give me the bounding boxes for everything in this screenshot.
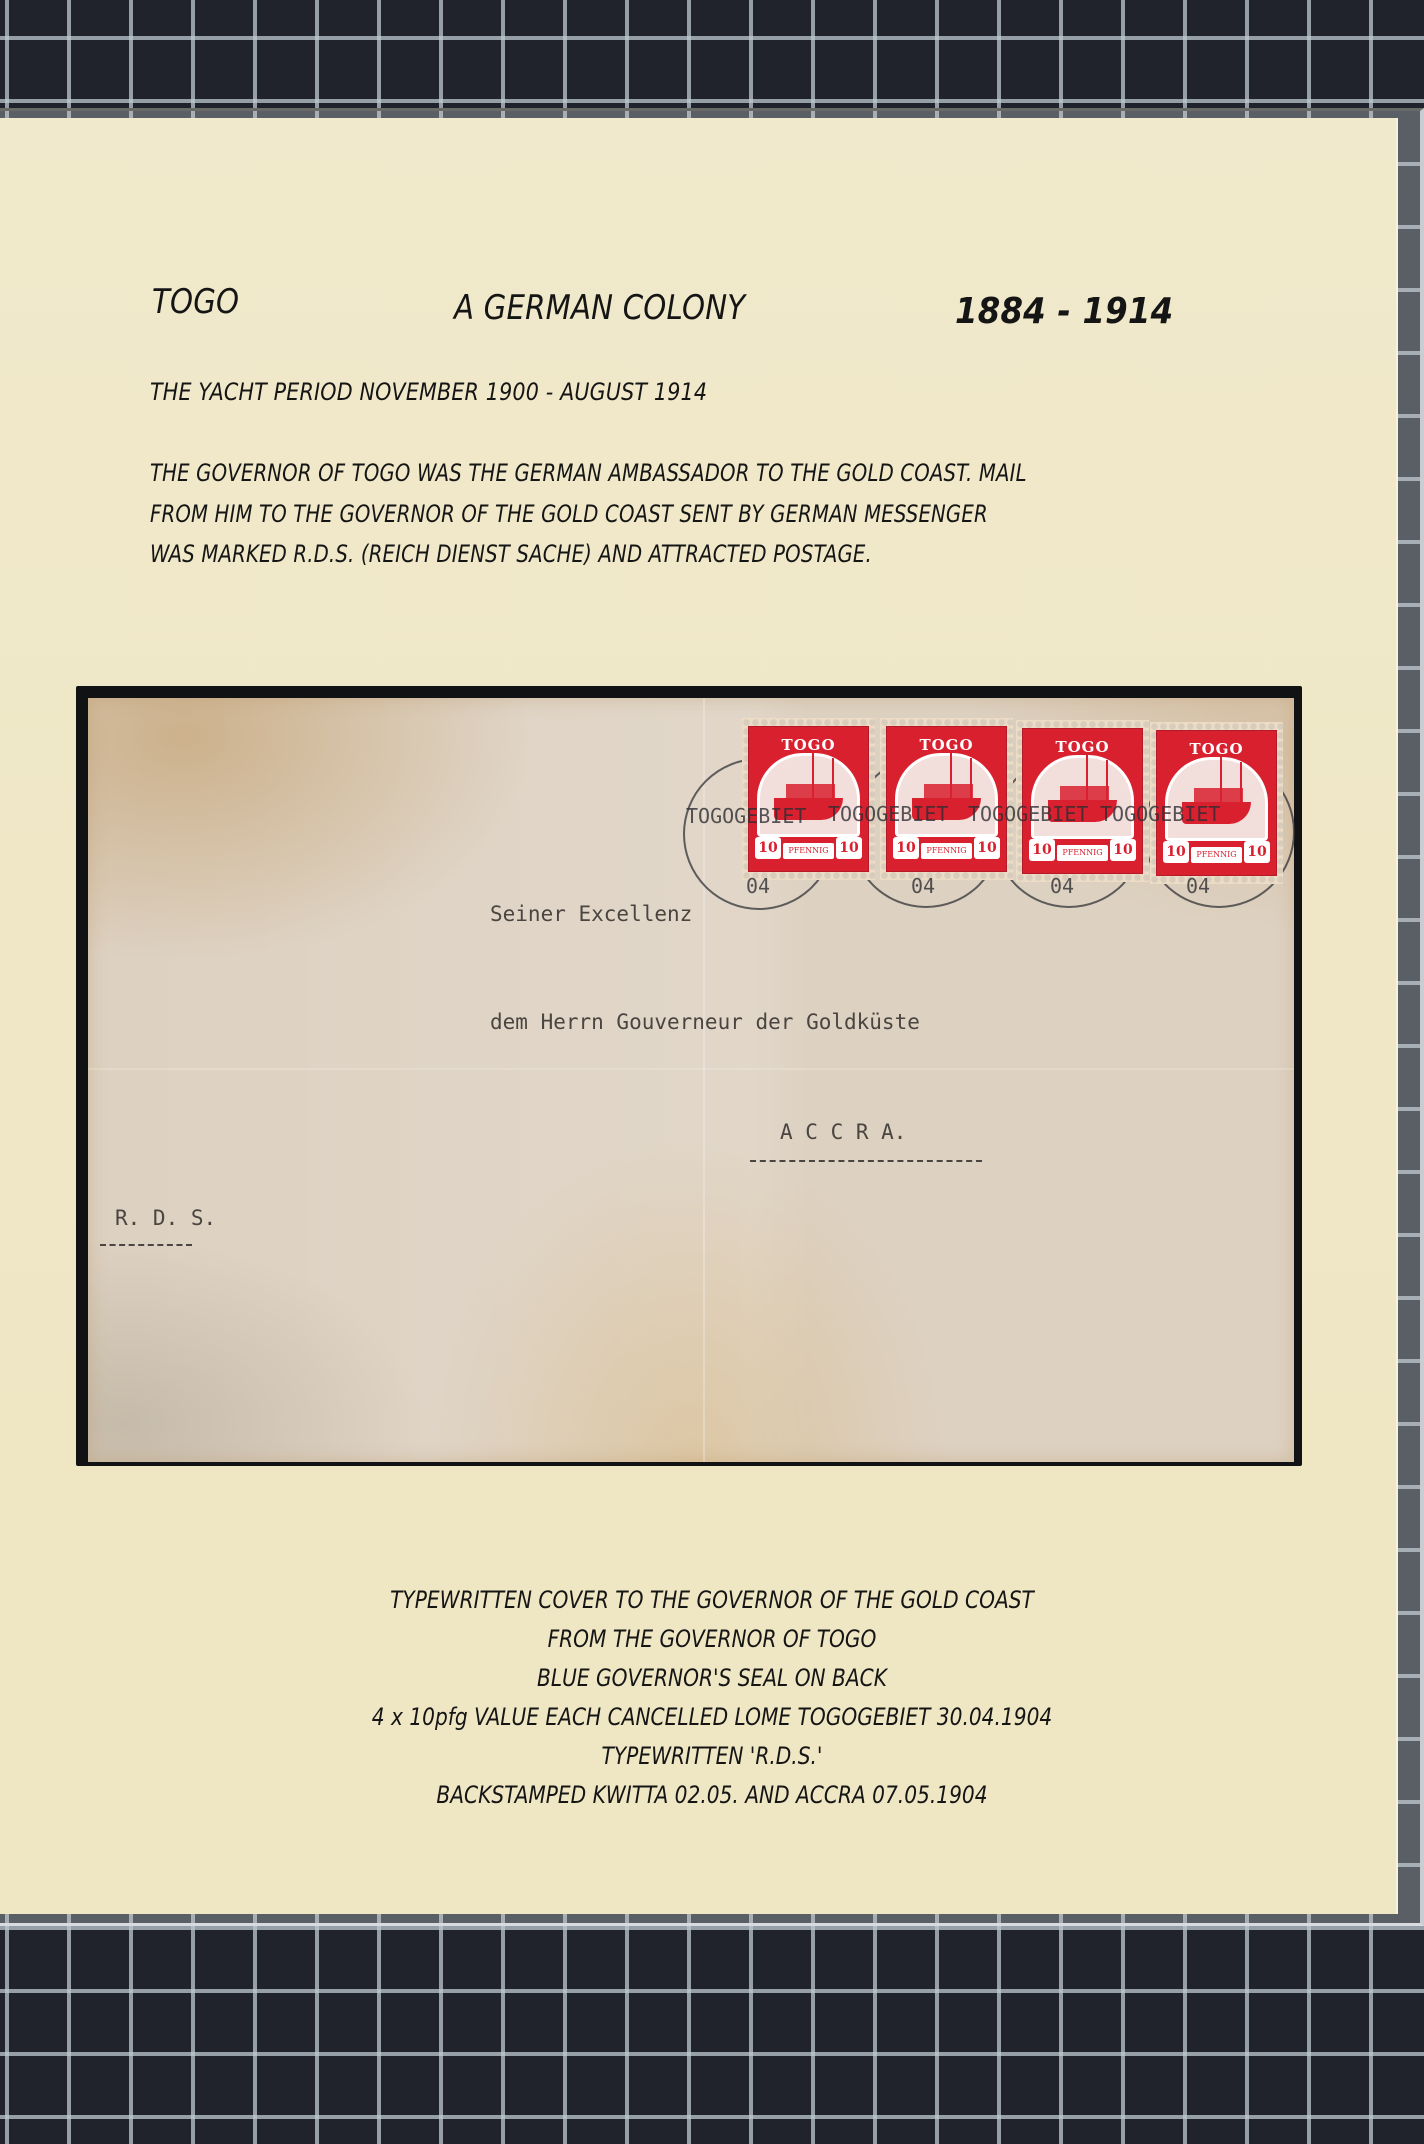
caption-line: 4 x 10pfg VALUE EACH CANCELLED LOME TOGO… (114, 1703, 1310, 1731)
period-heading: THE YACHT PERIOD NOVEMBER 1900 - AUGUST … (150, 378, 707, 406)
stamp: TOGO 10 PFENNIG 10 (1016, 720, 1149, 882)
postmark-year: 04 (1186, 874, 1210, 898)
stamp-unit: PFENNIG (1057, 845, 1108, 861)
stamp-value: 10 (893, 837, 919, 859)
stamp-unit: PFENNIG (1191, 847, 1242, 863)
page-title-years: 1884 - 1914 (955, 291, 1173, 332)
postmark-year: 04 (1050, 874, 1074, 898)
stamp-country: TOGO (887, 736, 1006, 754)
city-underline (750, 1160, 982, 1162)
stamp-value: 10 (1163, 841, 1189, 863)
stamp-unit: PFENNIG (783, 843, 834, 859)
postmark-text: TOGOGEBIET (1100, 802, 1220, 826)
postmark-text: TOGOGEBIET (968, 802, 1088, 826)
intro-line: THE GOVERNOR OF TOGO WAS THE GERMAN AMBA… (150, 459, 1027, 487)
stamp-value: 10 (755, 837, 781, 859)
page-title-subtitle: A GERMAN COLONY (454, 288, 745, 328)
stamp-value: 10 (1110, 839, 1136, 861)
address-line-salutation: Seiner Excellenz (490, 902, 692, 926)
page-title-country: TOGO (152, 282, 239, 322)
postmark-text: TOGOGEBIET (686, 804, 806, 828)
rds-underline (100, 1244, 192, 1246)
stamp-value: 10 (1244, 841, 1270, 863)
caption-line: BLUE GOVERNOR'S SEAL ON BACK (114, 1664, 1310, 1692)
stamp-country: TOGO (1023, 738, 1142, 756)
stamp-value: 10 (836, 837, 862, 859)
caption-line: BACKSTAMPED KWITTA 02.05. AND ACCRA 07.0… (114, 1781, 1310, 1809)
postmark-text: TOGOGEBIET (828, 802, 948, 826)
stamp-unit: PFENNIG (921, 843, 972, 859)
stamp-value: 10 (974, 837, 1000, 859)
caption-line: FROM THE GOVERNOR OF TOGO (114, 1625, 1310, 1653)
caption-line: TYPEWRITTEN 'R.D.S.' (114, 1742, 1310, 1770)
postal-cover: TOGO 10 PFENNIG 10 TOGO 10 PFENNIG 10 (88, 698, 1294, 1462)
stamp: TOGO 10 PFENNIG 10 (742, 718, 875, 880)
stamp-country: TOGO (1157, 740, 1276, 758)
stamp-value: 10 (1029, 839, 1055, 861)
fold-line (88, 1068, 1294, 1070)
caption-line: TYPEWRITTEN COVER TO THE GOVERNOR OF THE… (114, 1586, 1310, 1614)
rds-marking: R. D. S. (115, 1206, 216, 1230)
intro-line: WAS MARKED R.D.S. (REICH DIENST SACHE) A… (150, 540, 872, 568)
postmark-year: 04 (746, 874, 770, 898)
intro-line: FROM HIM TO THE GOVERNOR OF THE GOLD COA… (150, 500, 988, 528)
stamp-country: TOGO (749, 736, 868, 754)
postmark-year: 04 (911, 874, 935, 898)
address-line-city: A C C R A. (780, 1120, 906, 1144)
address-line-recipient: dem Herrn Gouverneur der Goldküste (490, 1010, 920, 1034)
stamp: TOGO 10 PFENNIG 10 (880, 718, 1013, 880)
